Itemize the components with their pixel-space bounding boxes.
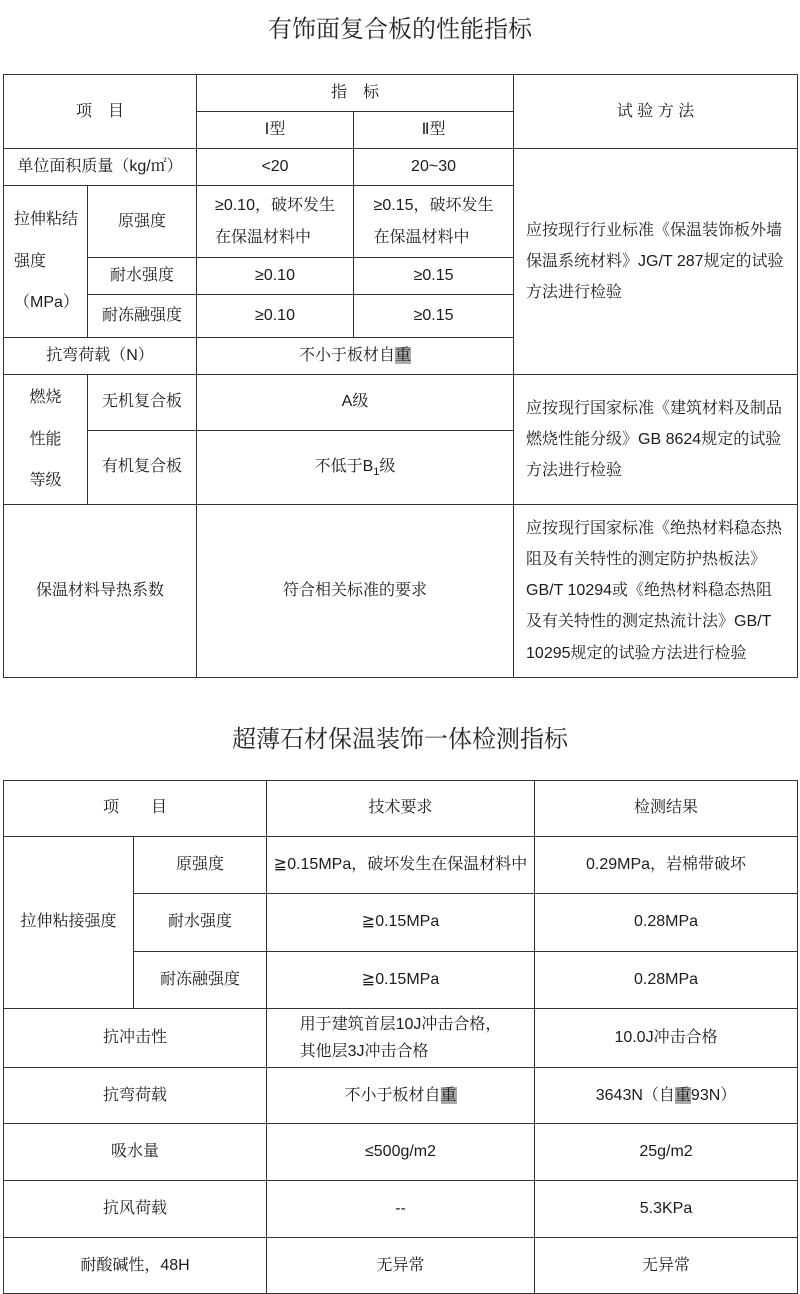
- t1-tensile-freeze-label: 耐冻融强度: [88, 295, 197, 338]
- t2-flexural-result: 3643N（自重93N）: [535, 1068, 798, 1124]
- t2-impact-requirement-text: 用于建筑首层10J冲击合格， 其他层3J冲击合格: [300, 1011, 502, 1065]
- t2-header-item: 项 目: [4, 780, 267, 836]
- t2-wind-result: 5.3KPa: [535, 1181, 798, 1238]
- t2-flexural-requirement-highlighted-char: 重: [441, 1087, 457, 1104]
- t2-flexural-result-suffix: 93N）: [691, 1087, 736, 1104]
- t2-tensile-water-result: 0.28MPa: [535, 893, 798, 951]
- t2-tensile-group-label: 拉伸粘接强度: [4, 836, 134, 1008]
- t1-flexural-label: 抗弯荷载（N）: [4, 338, 197, 375]
- performance-table: 项 目 指 标 试 验 方 法 Ⅰ型 Ⅱ型 单位面积质量（kg/㎡） <20 2…: [3, 74, 798, 678]
- t1-tensile-group-label: 拉伸粘结 强度 （MPa）: [4, 186, 88, 338]
- t1-fire-inorganic-label: 无机复合板: [88, 375, 197, 431]
- t2-tensile-freeze-requirement: ≧0.15MPa: [267, 951, 535, 1008]
- table2-title: 超薄石材保温装饰一体检测指标: [0, 724, 800, 756]
- t1-header-type1: Ⅰ型: [197, 112, 354, 149]
- t2-header-requirement: 技术要求: [267, 780, 535, 836]
- t1-tensile-original-type2-text: ≥0.15，破坏发生 在保温材料中: [374, 190, 494, 254]
- t1-fire-organic-label: 有机复合板: [88, 430, 197, 504]
- t1-tensile-water-label: 耐水强度: [88, 258, 197, 295]
- t2-header-result: 检测结果: [535, 780, 798, 836]
- t1-header-type2: Ⅱ型: [354, 112, 514, 149]
- t2-absorption-requirement: ≤500g/m2: [267, 1124, 535, 1181]
- t2-acid-requirement: 无异常: [267, 1238, 535, 1294]
- t2-flexural-requirement: 不小于板材自重: [267, 1068, 535, 1124]
- t2-flexural-result-prefix: 3643N（自: [596, 1087, 675, 1104]
- t1-header-method: 试 验 方 法: [514, 75, 798, 149]
- t2-impact-label: 抗冲击性: [4, 1008, 267, 1067]
- t2-wind-requirement: --: [267, 1181, 535, 1238]
- t1-thermal-label: 保温材料导热系数: [4, 504, 197, 677]
- t2-acid-label: 耐酸碱性，48H: [4, 1238, 267, 1294]
- t2-tensile-freeze-result: 0.28MPa: [535, 951, 798, 1008]
- t2-tensile-water-requirement: ≧0.15MPa: [267, 893, 535, 951]
- table1-title: 有饰面复合板的性能指标: [0, 14, 800, 46]
- t1-tensile-original-type1-text: ≥0.10，破坏发生 在保温材料中: [215, 190, 335, 254]
- t1-tensile-freeze-type1-value: ≥0.10: [197, 295, 354, 338]
- t2-flexural-requirement-text: 不小于板材自: [345, 1087, 441, 1104]
- t1-tensile-freeze-type2-value: ≥0.15: [354, 295, 514, 338]
- t1-fire-organic-value-suffix: 级: [379, 458, 395, 475]
- t1-flexural-value-text: 不小于板材自: [299, 347, 395, 364]
- t2-absorption-result: 25g/m2: [535, 1124, 798, 1181]
- t2-tensile-original-requirement: ≧0.15MPa，破坏发生在保温材料中: [267, 836, 535, 893]
- t1-tensile-original-label: 原强度: [88, 186, 197, 258]
- t2-tensile-water-label: 耐水强度: [134, 893, 267, 951]
- t2-tensile-original-result: 0.29MPa，岩棉带破坏: [535, 836, 798, 893]
- t1-method-1: 应按现行行业标准《保温装饰板外墙保温系统材料》JG/T 287规定的试验方法进行…: [514, 149, 798, 375]
- t1-fire-organic-value: 不低于B1级: [197, 430, 514, 504]
- t1-tensile-water-type1-value: ≥0.10: [197, 258, 354, 295]
- t1-fire-group-label: 燃烧 性能 等级: [4, 375, 88, 505]
- t2-absorption-label: 吸水量: [4, 1124, 267, 1181]
- t1-unit-mass-type1-value: <20: [197, 149, 354, 186]
- t2-tensile-freeze-label: 耐冻融强度: [134, 951, 267, 1008]
- t1-fire-inorganic-value: A级: [197, 375, 514, 431]
- t2-acid-result: 无异常: [535, 1238, 798, 1294]
- t2-impact-result: 10.0J冲击合格: [535, 1008, 798, 1067]
- t1-tensile-original-type1-value: ≥0.10，破坏发生 在保温材料中: [197, 186, 354, 258]
- t1-header-indicator: 指 标: [197, 75, 514, 112]
- t2-wind-label: 抗风荷载: [4, 1181, 267, 1238]
- t1-unit-mass-type2-value: 20~30: [354, 149, 514, 186]
- t1-tensile-water-type2-value: ≥0.15: [354, 258, 514, 295]
- inspection-table: 项 目 技术要求 检测结果 拉伸粘接强度 原强度 ≧0.15MPa，破坏发生在保…: [3, 780, 798, 1294]
- t1-unit-mass-label: 单位面积质量（kg/㎡）: [4, 149, 197, 186]
- t1-thermal-value: 符合相关标准的要求: [197, 504, 514, 677]
- t1-method-3: 应按现行国家标准《绝热材料稳态热阻及有关特性的测定防护热板法》GB/T 1029…: [514, 504, 798, 677]
- document-page: 有饰面复合板的性能指标 项 目 指 标 试 验 方 法 Ⅰ型 Ⅱ型 单位面积质量…: [0, 14, 800, 1294]
- t2-flexural-label: 抗弯荷载: [4, 1068, 267, 1124]
- t2-impact-requirement: 用于建筑首层10J冲击合格， 其他层3J冲击合格: [267, 1008, 535, 1067]
- t1-flexural-value: 不小于板材自重: [197, 338, 514, 375]
- t1-fire-organic-value-prefix: 不低于B: [315, 458, 374, 475]
- t1-header-item: 项 目: [4, 75, 197, 149]
- t1-tensile-original-type2-value: ≥0.15，破坏发生 在保温材料中: [354, 186, 514, 258]
- t2-tensile-original-label: 原强度: [134, 836, 267, 893]
- t1-flexural-highlighted-char: 重: [395, 347, 411, 364]
- t2-flexural-result-highlighted-char: 重: [675, 1087, 691, 1104]
- t1-method-2: 应按现行国家标准《建筑材料及制品燃烧性能分级》GB 8624规定的试验方法进行检…: [514, 375, 798, 505]
